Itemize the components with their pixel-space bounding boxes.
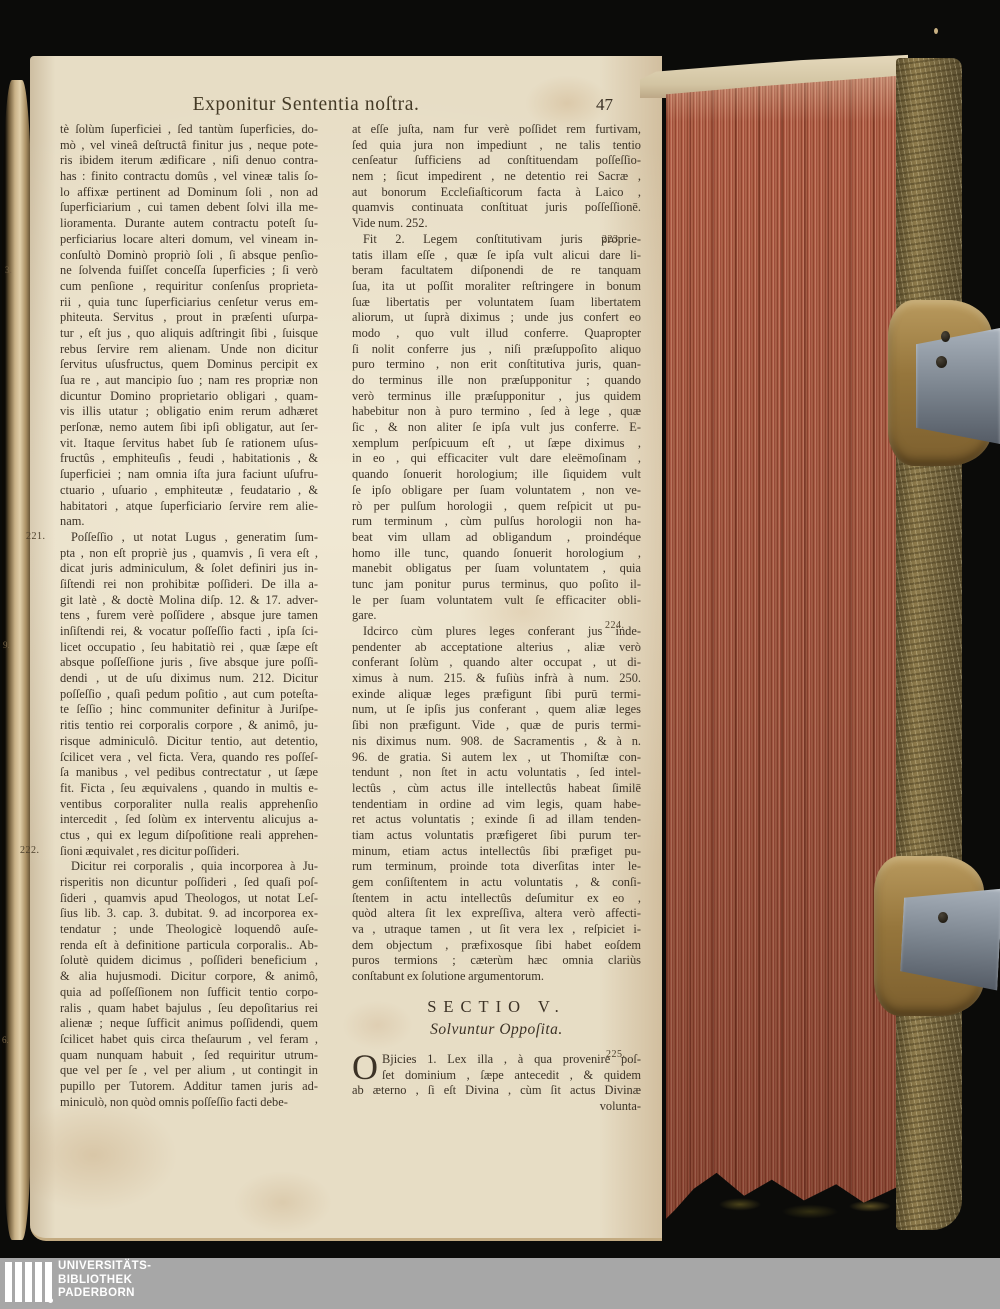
margin-note-221: 221.: [26, 531, 46, 542]
text-line: absque poſſeſſione juris , ſive absque j…: [60, 655, 318, 671]
text-line: Idcirco cùm plures leges conferant jus i…: [352, 624, 641, 640]
text-line: verò terminus ille præſupponitur , jus q…: [352, 389, 641, 405]
section-subtitle: Solvuntur Oppoſita.: [352, 1021, 641, 1039]
text-line: & alia hujusmodi. Dicitur corpore, & ani…: [60, 969, 318, 985]
text-line: puros termions ; cæterùm hæc omnia clari…: [352, 953, 641, 969]
text-line: ſua, ita ut poſſit moraliter reſtringere…: [352, 279, 641, 295]
text-line: quando ſonuerit horologium; ille ſiquide…: [352, 467, 641, 483]
margin-note-223: 223.: [602, 234, 622, 245]
text-line: ſua re , aut mancipio ſuo ; nam res prop…: [60, 373, 318, 389]
logo-dot: [48, 1298, 53, 1303]
text-line: modo , quo vult illud conferre. Quapropt…: [352, 326, 641, 342]
logo-bar: [15, 1262, 22, 1302]
text-line: beram facultatem diſponendi de re tanqua…: [352, 263, 641, 279]
text-line: ſa manibus , vel pedibus contrectatur , …: [60, 765, 318, 781]
text-line: ſuperficiei ; nam omnia iſta jura faciun…: [60, 467, 318, 483]
running-title: Exponitur Sententia noſtra.: [60, 94, 552, 116]
text-line: nam.: [60, 514, 318, 530]
text-line: aut bonorum Eccleſiaſticorum facta à Lai…: [352, 185, 641, 201]
text-line: alienæ ; neque ſufficit animus poſſidend…: [60, 1016, 318, 1032]
book-fore-edge: [666, 76, 896, 1228]
text-line: dicat juris adminiculum, & ſolet definir…: [60, 561, 318, 577]
rivet: [936, 356, 947, 368]
text-line: pupillo per Tutorem. Additur tamen juris…: [60, 1079, 318, 1095]
text-line: rum terminum, proinde tota diverſitas in…: [352, 859, 641, 875]
text-line: tens , furem verè poſſidere , absque jur…: [60, 608, 318, 624]
text-line: miniculò, non quòd omnis poſſeſſio facti…: [60, 1095, 318, 1111]
text-line: mò , vel vineâ deſtructâ finitur jus , n…: [60, 138, 318, 154]
text-line: ſolutè quidem dicimus , poſſideri benefi…: [60, 953, 318, 969]
text-line: in eo , qui efficaciter vult dare eleëmo…: [352, 451, 641, 467]
text-line: homo ille tunc, quando ſonuerit horologi…: [352, 546, 641, 562]
text-line: ſtentem in actu intellectûs deſumitur ex…: [352, 891, 641, 907]
text-line: Dicitur rei corporalis , quia incorporea…: [60, 859, 318, 875]
text-line: habitatori , atque ſuperficiario ſervire…: [60, 499, 318, 515]
text-line: quòd altera ſit lex expreſſiva, altera v…: [352, 906, 641, 922]
text-line: ctuario , uſuario , emphiteutæ , feudata…: [60, 483, 318, 499]
text-line: ſed quia jura non impediunt , ne talis t…: [352, 138, 641, 154]
text-line: ritis tentio rei corporalis corpore , & …: [60, 718, 318, 734]
logo-bar: [5, 1262, 12, 1302]
text-line: dem objectum , præfixosque ſibi habet eo…: [352, 938, 641, 954]
text-line: ſideri , quamvis apud Theologos, ut nota…: [60, 891, 318, 907]
text-line: cenſeatur ſufficiens ad conſtituendam po…: [352, 153, 641, 169]
text-line: risperitis non dicuntur poſſideri , ſed …: [60, 875, 318, 891]
book-cover-edge: [896, 58, 962, 1230]
text-column-right: at eſſe juſta, nam fur verè poſſidet rem…: [352, 122, 641, 1115]
text-line: ſi nolit conferre jus , niſi præſuppoſit…: [352, 342, 641, 358]
text-line: ventibus corporaliter nulla realis appre…: [60, 797, 318, 813]
text-line: dendi , ut de uſu diximus num. 212. Dici…: [60, 671, 318, 687]
text-line: ſcilicet habet quis circa theſaurum , ve…: [60, 1032, 318, 1048]
text-line: que vel per ſe , vel per alium , ut cont…: [60, 1063, 318, 1079]
text-line: ſet dominium , ſæpe antecedit , & quidem: [382, 1068, 641, 1084]
text-line: rii , quia tunc ſuperficiarius cenſetur …: [60, 295, 318, 311]
facing-page-margin-numeral: 9.: [3, 640, 10, 650]
text-line: Bjicies 1. Lex illa , à qua provenire po…: [382, 1052, 641, 1068]
text-line: volunta-: [352, 1099, 641, 1115]
library-name: UNIVERSITÄTS- BIBLIOTHEK PADERBORN: [58, 1260, 151, 1301]
text-line: beat vim ullam ad obligandum , proindéqu…: [352, 530, 641, 546]
library-name-line: PADERBORN: [58, 1287, 151, 1301]
logo-bar: [25, 1262, 32, 1302]
text-line: do terminus ille non præſupponitur ; qua…: [352, 373, 641, 389]
text-line: ris ibidem iterum ædificare , niſi denuo…: [60, 153, 318, 169]
text-line: minum, etiam actus intellectûs ſibi præf…: [352, 844, 641, 860]
text-line: cum penſione , requiritur conſenſus prop…: [60, 279, 318, 295]
text-line: te ſeſſio ; hinc communiter definitur à …: [60, 702, 318, 718]
text-line: 96. de gratia. Si autem lex , ut Thomiſt…: [352, 750, 641, 766]
text-line: conſtabunt ex ſolutione argumentorum.: [352, 969, 641, 985]
text-line: nis diximus num. 908. de Sacramentis , &…: [352, 734, 641, 750]
text-line: tatis illam eſſe , quæ ſe ipſa vult alic…: [352, 248, 641, 264]
text-line: ſibi non præfigunt. Vide , quæ de puris …: [352, 718, 641, 734]
text-line: quam nunquam habuit , ſed requiritur utr…: [60, 1048, 318, 1064]
text-line: fit. Ficta , ſeu æquivalens , quando in …: [60, 781, 318, 797]
text-line: Poſſeſſio , ut notat Lugus , generatim ſ…: [60, 530, 318, 546]
text-line: gem conſiſtentem in actu voluntatis , & …: [352, 875, 641, 891]
printed-page-content: Exponitur Sententia noſtra. 47 tè ſolùm …: [30, 56, 662, 1238]
objection-lines: Bjicies 1. Lex illa , à qua provenire po…: [352, 1052, 641, 1115]
text-line: tè ſolùm ſuperficiei , ſed tantùm ſuperf…: [60, 122, 318, 138]
text-line: ſe ipſo obligare per ſuam voluntatem , n…: [352, 483, 641, 499]
text-line: lectûs , cùm actus ille intellectûs habe…: [352, 781, 641, 797]
objection-paragraph: O Bjicies 1. Lex illa , à qua provenire …: [352, 1052, 641, 1115]
text-line: Vide num. 252.: [352, 216, 641, 232]
text-line: ſcilicet vera , vel ficta. Vera, quando …: [60, 750, 318, 766]
text-line: fructûs , emphiteuſis , feudi , habitati…: [60, 451, 318, 467]
text-line: ſioni æquivalet , res dicitur poſſideri.: [60, 844, 318, 860]
rivet: [941, 331, 950, 342]
text-line: has : finito contractu domûs , vel vineæ…: [60, 169, 318, 185]
text-line: conſultò Dominò propriò ſoli , ſi absque…: [60, 248, 318, 264]
rivet: [938, 912, 948, 923]
text-line: habebitur non à puro termino , ſed à leg…: [352, 404, 641, 420]
text-line: ab æterno , ſi eſt Divina , cùm ſit actu…: [352, 1083, 641, 1099]
text-line: ſic , & non aliter ſe ipſa vult jus conf…: [352, 420, 641, 436]
text-column-left: tè ſolùm ſuperficiei , ſed tantùm ſuperf…: [60, 122, 318, 1110]
margin-note-222: 222.: [20, 845, 40, 856]
text-line: ne ſolvenda fuiſſet conceſſa ſuperficies…: [60, 263, 318, 279]
text-line: nem ; ſicut impedirent , ne detentio rei…: [352, 169, 641, 185]
text-line: quia ad poſſeſſionem non ſufficit tentio…: [60, 985, 318, 1001]
previous-pages-edge: [2, 80, 32, 1240]
text-line: risque adminiculô. Dicitur tentio, aut d…: [60, 734, 318, 750]
text-line: renda eſt à definitione particula corpor…: [60, 938, 318, 954]
text-line: rum terminum , cùm pulſus horologii non …: [352, 514, 641, 530]
text-line: ſiſtendi rei non prohibitæ poſſideri. De…: [60, 577, 318, 593]
logo-bar: [35, 1262, 42, 1302]
text-line: ſuæ libertatis per voluntatem ſuam liber…: [352, 295, 641, 311]
text-line: ximus à num. 215. & fuſiùs infrà à num. …: [352, 671, 641, 687]
text-line: quamvis continuata conſtituat juris poſſ…: [352, 200, 641, 216]
text-line: conferant ſolùm , quando alter occupat ,…: [352, 655, 641, 671]
text-line: gare.: [352, 608, 641, 624]
text-line: xemplum perſpicuum eſt , ut ſæpe diximus…: [352, 436, 641, 452]
text-line: intercedit , ſed ſolùm ex interventu ali…: [60, 812, 318, 828]
library-footer-bar: UNIVERSITÄTS- BIBLIOTHEK PADERBORN: [0, 1258, 1000, 1309]
text-line: tur , eſt jus , quo aliquis adſtringit ſ…: [60, 326, 318, 342]
text-line: manebit obligatus per ſuam voluntatem , …: [352, 561, 641, 577]
text-line: perficiarius locare alteri domum, vel vi…: [60, 232, 318, 248]
text-line: ctus , qui ex legum diſpoſitione reali a…: [60, 828, 318, 844]
text-line: rebus ſervire rem alienam. Unde non dici…: [60, 342, 318, 358]
dust-speck: [934, 28, 938, 34]
text-line: puro termino , non erit conſtitutiva jur…: [352, 357, 641, 373]
book-photo: Exponitur Sententia noſtra. 47 tè ſolùm …: [0, 0, 1000, 1309]
library-name-line: UNIVERSITÄTS-: [58, 1260, 151, 1274]
text-line: ret actus voluntatis ; exinde ſi ad illa…: [352, 812, 641, 828]
text-line: exinde aliquæ leges præfigunt ſibi purū …: [352, 687, 641, 703]
text-line: vis illis utatur ; obligatio enim rerum …: [60, 404, 318, 420]
library-name-line: BIBLIOTHEK: [58, 1274, 151, 1288]
text-line: va , utraque tamen , ut ſit vera lex , r…: [352, 922, 641, 938]
margin-note-224: 224.: [605, 620, 625, 631]
library-logo-icon: [5, 1262, 55, 1304]
text-line: ſuperficiarium , cui tamen debent ſolvi …: [60, 200, 318, 216]
text-line: aliorum, ut ſuprà diximus ; unde jus con…: [352, 310, 641, 326]
section-heading-block: SECTIO V. Solvuntur Oppoſita.: [352, 997, 641, 1039]
page-number: 47: [596, 95, 613, 115]
text-line: phiteuta. Servitus , prout in præſenti u…: [60, 310, 318, 326]
text-line: vit. Itaque ſervitus habet ſub ſe ration…: [60, 436, 318, 452]
text-line: rò per pulſum horologii , quem reſpicit …: [352, 499, 641, 515]
text-line: tendatur ; unde Theologicè loquendô auſe…: [60, 922, 318, 938]
section-title: SECTIO V.: [352, 997, 641, 1017]
text-column-right-lines: at eſſe juſta, nam fur verè poſſidet rem…: [352, 122, 641, 985]
text-line: pta , non eſt propriè jus , quamvis , ſi…: [60, 546, 318, 562]
facing-page-margin-numeral: 6.: [2, 1035, 9, 1045]
logo-bar: [45, 1262, 52, 1302]
text-line: lo affixæ pertinent ad Dominum ſoli , no…: [60, 185, 318, 201]
page-header: Exponitur Sententia noſtra. 47: [60, 94, 612, 120]
text-line: num, ut ſe ipſis jus conferant , quem al…: [352, 702, 641, 718]
text-line: git latè , & doctè Molina diſp. 12. & 17…: [60, 593, 318, 609]
text-line: lioramenta. Durante autem contractu pote…: [60, 216, 318, 232]
text-line: ralis , quam habet bajulus , ſeu depoſit…: [60, 1001, 318, 1017]
text-line: dicuntur Domino proprietario obligari , …: [60, 389, 318, 405]
margin-note-225: 225.: [606, 1049, 626, 1060]
text-line: at eſſe juſta, nam fur verè poſſidet rem…: [352, 122, 641, 138]
text-line: pendenter ab acceptatione alterius , ali…: [352, 640, 641, 656]
drop-cap: O: [352, 1052, 382, 1082]
text-line: tendentiam in ordine ad vim legis, quam …: [352, 797, 641, 813]
text-line: ſervitus uſusfructus, quem Dominus perci…: [60, 357, 318, 373]
clasp-upper-metal: [916, 328, 1000, 444]
text-line: tendunt , non ſtet in actu voluntatis , …: [352, 765, 641, 781]
text-line: Fit 2. Legem conſtitutivam juris proprie…: [352, 232, 641, 248]
text-line: le per ſuam voluntatem vult ſe efficacit…: [352, 593, 641, 609]
text-line: ſius lib. 3. cap. 3. dubitat. 9. ad inco…: [60, 906, 318, 922]
text-line: perſonæ, nemo autem ſibi ipſi obligatur,…: [60, 420, 318, 436]
text-line: tiam actus voluntatis præfigeret ſibi pu…: [352, 828, 641, 844]
text-line: tunc jam ponitur purus terminus, quo poſ…: [352, 577, 641, 593]
text-line: poſſeſſio , quaſi pedum poſitio , aut cu…: [60, 687, 318, 703]
text-line: licet occupatio , ſeu habitatiò rei , qu…: [60, 640, 318, 656]
text-line: inſiſtendi rei, & vocatur poſſeſſio fact…: [60, 624, 318, 640]
facing-page-margin-numeral: 3.: [5, 265, 12, 275]
fore-edge-bottom-shadow: [700, 1190, 900, 1226]
